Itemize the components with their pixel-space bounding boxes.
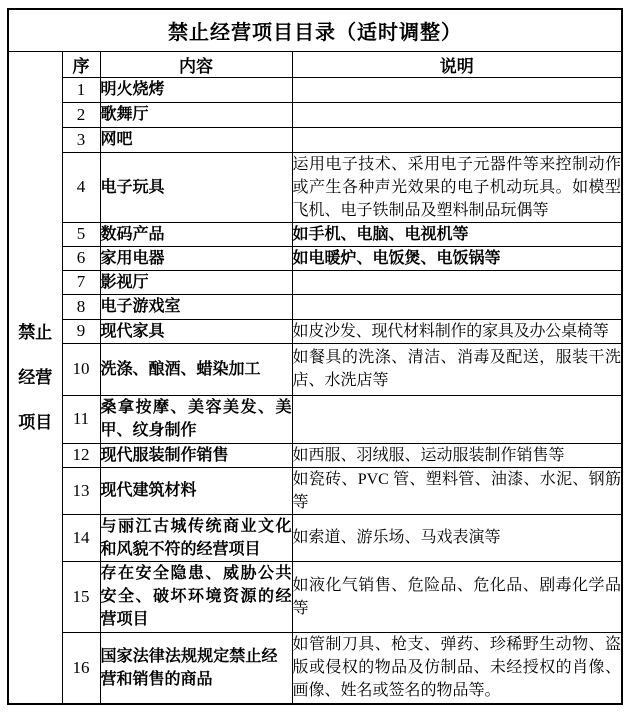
- row-seq: 4: [62, 152, 100, 222]
- table-row: 14 与丽江古城传统商业文化和风貌不符的经营项目 如索道、游乐场、马戏表演等: [8, 514, 622, 561]
- table-row: 6 家用电器 如电暖炉、电饭煲、电饭锅等: [8, 246, 622, 270]
- row-note: [292, 395, 622, 443]
- row-seq: 7: [62, 270, 100, 294]
- row-note: [292, 102, 622, 127]
- row-seq: 15: [62, 561, 100, 632]
- table-row: 15 存在安全隐患、威胁公共安全、破坏环境资源的经营项目 如液化气销售、危险品、…: [8, 561, 622, 632]
- row-seq: 12: [62, 443, 100, 467]
- row-note: 如瓷砖、PVC 管、塑料管、油漆、水泥、钢筋等: [292, 467, 622, 514]
- row-note: 运用电子技术、采用电子元器件等来控制动作或产生各种声光效果的电子机动玩具。如模型…: [292, 152, 622, 222]
- row-note: 如手机、电脑、电视机等: [292, 222, 622, 246]
- prohibited-items-table: 禁止经营项目目录（适时调整） 禁止 经营 项目 序 内容 说明 1 明火烧烤 2…: [7, 8, 623, 705]
- row-note: 如餐具的洗涤、清洁、消毒及配送，服装干洗店、水洗店等: [292, 343, 622, 395]
- row-content: 现代建筑材料: [100, 467, 292, 514]
- row-note: [292, 127, 622, 152]
- side-label-line-1: 禁止: [9, 310, 62, 355]
- table-row: 10 洗涤、酿酒、蜡染加工 如餐具的洗涤、清洁、消毒及配送，服装干洗店、水洗店等: [8, 343, 622, 395]
- row-seq: 11: [62, 395, 100, 443]
- row-seq: 6: [62, 246, 100, 270]
- table-row: 13 现代建筑材料 如瓷砖、PVC 管、塑料管、油漆、水泥、钢筋等: [8, 467, 622, 514]
- row-content: 桑拿按摩、美容美发、美甲、纹身制作: [100, 395, 292, 443]
- title-row: 禁止经营项目目录（适时调整）: [8, 9, 622, 51]
- header-row: 禁止 经营 项目 序 内容 说明: [8, 51, 622, 77]
- page-title: 禁止经营项目目录（适时调整）: [8, 9, 622, 51]
- row-seq: 10: [62, 343, 100, 395]
- row-seq: 2: [62, 102, 100, 127]
- table-row: 3 网吧: [8, 127, 622, 152]
- row-seq: 16: [62, 632, 100, 704]
- table-row: 16 国家法律法规规定禁止经营和销售的商品 如管制刀具、枪支、弹药、珍稀野生动物…: [8, 632, 622, 704]
- row-seq: 8: [62, 294, 100, 319]
- document-page: 禁止经营项目目录（适时调整） 禁止 经营 项目 序 内容 说明 1 明火烧烤 2…: [0, 0, 629, 712]
- table-row: 7 影视厅: [8, 270, 622, 294]
- row-note: [292, 294, 622, 319]
- row-content: 国家法律法规规定禁止经营和销售的商品: [100, 632, 292, 704]
- column-header-seq: 序: [62, 51, 100, 77]
- row-note: 如西服、羽绒服、运动服装制作销售等: [292, 443, 622, 467]
- side-label-cell: 禁止 经营 项目: [8, 51, 62, 704]
- row-content: 电子玩具: [100, 152, 292, 222]
- row-content: 电子游戏室: [100, 294, 292, 319]
- table-row: 9 现代家具 如皮沙发、现代材料制作的家具及办公桌椅等: [8, 319, 622, 343]
- row-note: [292, 270, 622, 294]
- table-row: 4 电子玩具 运用电子技术、采用电子元器件等来控制动作或产生各种声光效果的电子机…: [8, 152, 622, 222]
- row-content: 家用电器: [100, 246, 292, 270]
- row-note: [292, 77, 622, 102]
- row-seq: 5: [62, 222, 100, 246]
- row-content: 洗涤、酿酒、蜡染加工: [100, 343, 292, 395]
- table-row: 1 明火烧烤: [8, 77, 622, 102]
- table-row: 8 电子游戏室: [8, 294, 622, 319]
- table-row: 12 现代服装制作销售 如西服、羽绒服、运动服装制作销售等: [8, 443, 622, 467]
- column-header-content: 内容: [100, 51, 292, 77]
- row-note: 如电暖炉、电饭煲、电饭锅等: [292, 246, 622, 270]
- row-content: 与丽江古城传统商业文化和风貌不符的经营项目: [100, 514, 292, 561]
- row-content: 现代家具: [100, 319, 292, 343]
- row-content: 影视厅: [100, 270, 292, 294]
- row-seq: 14: [62, 514, 100, 561]
- row-note: 如液化气销售、危险品、危化品、剧毒化学品等: [292, 561, 622, 632]
- row-seq: 13: [62, 467, 100, 514]
- row-content: 歌舞厅: [100, 102, 292, 127]
- row-content: 存在安全隐患、威胁公共安全、破坏环境资源的经营项目: [100, 561, 292, 632]
- table-row: 11 桑拿按摩、美容美发、美甲、纹身制作: [8, 395, 622, 443]
- table-row: 5 数码产品 如手机、电脑、电视机等: [8, 222, 622, 246]
- column-header-note: 说明: [292, 51, 622, 77]
- row-note: 如索道、游乐场、马戏表演等: [292, 514, 622, 561]
- row-content: 数码产品: [100, 222, 292, 246]
- row-note: 如管制刀具、枪支、弹药、珍稀野生动物、盗版或侵权的物品及仿制品、未经授权的肖像、…: [292, 632, 622, 704]
- table-row: 2 歌舞厅: [8, 102, 622, 127]
- row-content: 现代服装制作销售: [100, 443, 292, 467]
- side-label-line-3: 项目: [9, 400, 62, 445]
- row-seq: 9: [62, 319, 100, 343]
- row-seq: 3: [62, 127, 100, 152]
- row-content: 明火烧烤: [100, 77, 292, 102]
- row-seq: 1: [62, 77, 100, 102]
- row-note: 如皮沙发、现代材料制作的家具及办公桌椅等: [292, 319, 622, 343]
- side-label-line-2: 经营: [9, 355, 62, 400]
- row-content: 网吧: [100, 127, 292, 152]
